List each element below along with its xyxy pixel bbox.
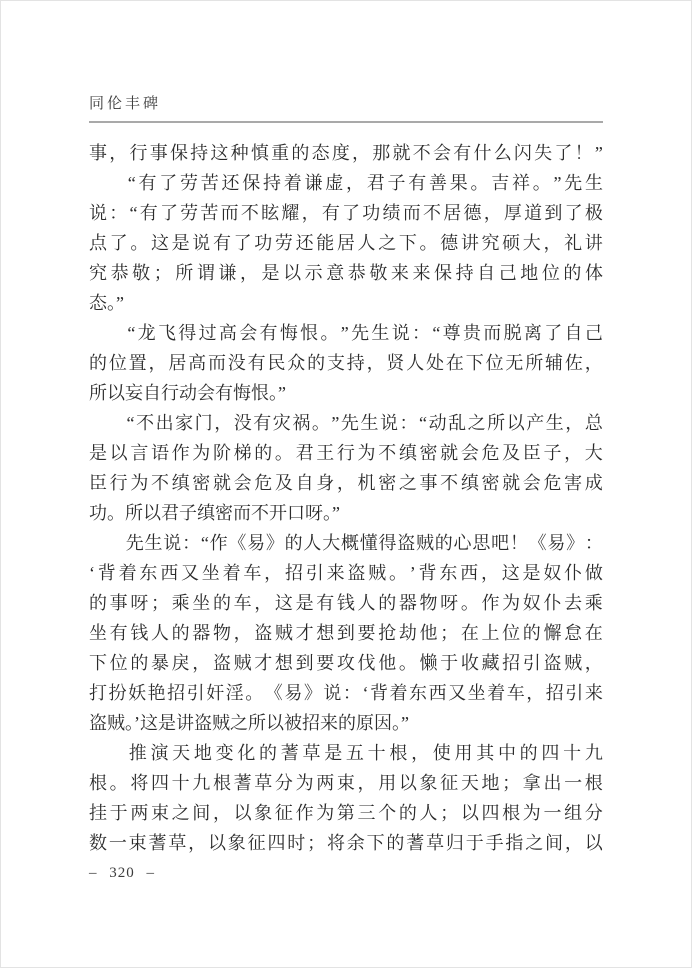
text-line: 是以言语作为阶梯的。君王行为不缜密就会危及臣子，大 (89, 438, 603, 468)
text-line: 下位的暴戾，盗贼才想到要攻伐他。懒于收藏招引盗贼， (89, 648, 603, 678)
page-number: – 320 – (89, 865, 603, 882)
text-line: 打扮妖艳招引奸淫。《易》说：‘背着东西又坐着车，招引来 (89, 678, 603, 708)
text-line: 的事呀；乘坐的车，这是有钱人的器物呀。作为奴仆去乘 (89, 588, 603, 618)
text-line: 所以妄自行动会有悔恨。” (89, 378, 603, 408)
text-line: 臣行为不缜密就会危及自身，机密之事不缜密就会危害成 (89, 468, 603, 498)
text-line: 盗贼。’这是讲盗贼之所以被招来的原因。” (89, 708, 603, 738)
text-line: 挂于两束之间，以象征作为第三个的人；以四根为一组分 (89, 798, 603, 828)
page-content: 同伦丰碑 事，行事保持这种慎重的态度，那就不会有什么闪失了！”“有了劳苦还保持着… (89, 1, 603, 882)
header-rule (89, 121, 603, 123)
book-page: 同伦丰碑 事，行事保持这种慎重的态度，那就不会有什么闪失了！”“有了劳苦还保持着… (0, 0, 692, 968)
text-line: “有了劳苦还保持着谦虚，君子有善果。吉祥。”先生 (89, 168, 603, 198)
text-line: 根。将四十九根蓍草分为两束，用以象征天地；拿出一根 (89, 768, 603, 798)
running-header: 同伦丰碑 (89, 1, 603, 123)
text-line: 态。” (89, 288, 603, 318)
text-line: 数一束蓍草，以象征四时；将余下的蓍草归于手指之间，以 (89, 828, 603, 858)
running-header-title: 同伦丰碑 (89, 96, 603, 113)
text-line: 推演天地变化的蓍草是五十根，使用其中的四十九 (89, 738, 603, 768)
text-line: “不出家门，没有灾祸。”先生说：“动乱之所以产生，总 (89, 408, 603, 438)
text-line: 的位置，居高而没有民众的支持，贤人处在下位无所辅佐， (89, 348, 603, 378)
text-line: 究恭敬；所谓谦，是以示意恭敬来来保持自己地位的体 (89, 258, 603, 288)
text-line: “龙飞得过高会有悔恨。”先生说：“尊贵而脱离了自己 (89, 318, 603, 348)
text-line: 功。所以君子缜密而不开口呀。” (89, 498, 603, 528)
text-line: 先生说：“作《易》的人大概懂得盗贼的心思吧！《易》： (89, 528, 603, 558)
text-line: 说：“有了劳苦而不眩耀，有了功绩而不居德，厚道到了极 (89, 198, 603, 228)
text-line: 点了。这是说有了功劳还能居人之下。德讲究硕大，礼讲 (89, 228, 603, 258)
body-text: 事，行事保持这种慎重的态度，那就不会有什么闪失了！”“有了劳苦还保持着谦虚，君子… (89, 138, 603, 858)
text-line: ‘背着东西又坐着车，招引来盗贼。’背东西，这是奴仆做 (89, 558, 603, 588)
text-line: 坐有钱人的器物，盗贼才想到要抢劫他；在上位的懈怠在 (89, 618, 603, 648)
text-line: 事，行事保持这种慎重的态度，那就不会有什么闪失了！” (89, 138, 603, 168)
